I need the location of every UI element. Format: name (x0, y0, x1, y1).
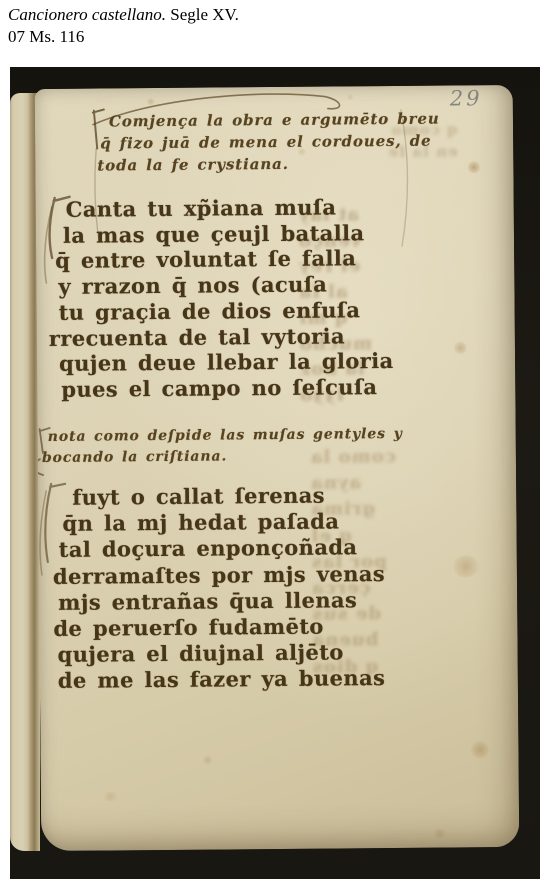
verse-line: q̄n la mj hedat paſada (62, 508, 384, 537)
verse-line: derramaſtes por mjs venas (53, 561, 385, 590)
manuscript-photo: 29 q como en la fe at ıay venço el rey a… (10, 67, 540, 879)
verse-line: mjs entrañas q̄ua llenas (58, 587, 385, 616)
verse-line: tal doçura enponçoñada (59, 534, 385, 563)
stain-mark (203, 756, 213, 765)
parchment-page: 29 q como en la fe at ıay venço el rey a… (35, 85, 520, 851)
rubric-line: bocando la criſtiana. (42, 445, 403, 469)
verse-line: pues el campo no ſeſcuſa (61, 374, 394, 403)
rubric-line: q̄ fizo juā de mena el cordoues, de (100, 130, 440, 155)
verse-line: y rrazon q̄ nos (acuſa (58, 271, 393, 300)
catalogue-caption: Cancionero castellano. Segle XV. 07 Ms. … (8, 4, 239, 48)
work-title: Cancionero castellano. (8, 5, 166, 24)
work-subtitle: Segle XV. (166, 5, 239, 24)
verse-line: fuyt o callat ſerenas (72, 482, 384, 511)
stain-mark (147, 98, 155, 105)
rubric-incipit: Comjença la obra e argumēto breu q̄ fizo… (107, 108, 440, 177)
rubric-line: nota como deſpide las muſas gentyles y (48, 424, 403, 448)
stain-mark (347, 94, 354, 100)
poem-stanza-2: fuyt o callat ſerenas q̄n la mj hedat pa… (56, 482, 386, 694)
verse-line: qujera el diujnal aljēto (58, 639, 386, 668)
verse-line: la mas que çeujl batalla (63, 220, 393, 249)
stain-mark (103, 791, 118, 801)
poem-stanza-1: Canta tu xp̃iana muſa la mas que çeujl b… (63, 194, 394, 402)
verse-line: Canta tu xp̃iana muſa (66, 194, 393, 223)
caption-line-1: Cancionero castellano. Segle XV. (8, 4, 239, 26)
stain-mark (454, 341, 467, 354)
rubric-nota: nota como deſpide las muſas gentyles y b… (48, 424, 403, 469)
verse-line: qujen deue llebar la gloria (59, 348, 394, 377)
verse-line: de me las fazer ya buenas (58, 665, 386, 694)
folio-number: 29 (450, 85, 483, 111)
verse-line: tu graçia de dios enfuſa (59, 297, 394, 326)
verse-line: q̄ entre voluntat ſe falla (55, 245, 393, 274)
rubric-line: toda la fe crystiana. (97, 152, 440, 177)
stain-mark (470, 741, 489, 758)
shelfmark: 07 Ms. 116 (8, 26, 239, 48)
verse-line: rrecuenta de tal vytoria (49, 322, 394, 351)
rubric-line: Comjença la obra e argumēto breu (109, 108, 440, 133)
stain-mark (433, 829, 446, 839)
stain-mark (467, 161, 480, 173)
verse-line: de peruerſo fudamēto (53, 613, 385, 642)
stain-mark (452, 555, 480, 577)
